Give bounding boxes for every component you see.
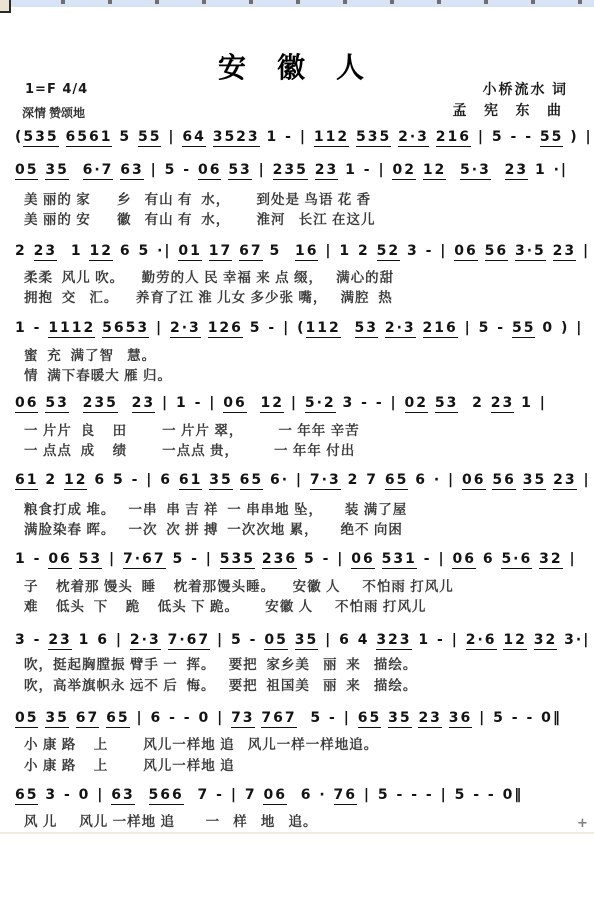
notation-line: (535 6561 5 55 | 64 3523 1 - | 112 535 2…: [15, 129, 593, 145]
lyrics-line: 难 低头 下 跪 低头 下 跪。 安徽 人 不怕雨 打风儿: [24, 595, 426, 615]
crosshair-cursor: +: [577, 816, 588, 831]
notation-line: 2 23 1 12 6 5 ·| 01 17 67 5 16 | 1 2 52 …: [15, 243, 590, 259]
lyrics-line: 情 满下春暖大 雁 归。: [24, 364, 172, 384]
lyrics-line: 风 儿 风儿 一样地 追 一 样 地 追。: [24, 810, 318, 830]
ruler-ticks: [18, 0, 594, 4]
lyrics-line: 拥抱 交 汇。 养育了江 淮 儿女 多少张 嘴， 满腔 热: [24, 286, 393, 306]
notation-line: 05 35 67 65 | 6 - - 0 | 73 767 5 - | 65 …: [15, 710, 562, 726]
lyrics-line: 子 枕着那 馒头 睡 枕着那馒头睡。 安徽 人 不怕雨 打风儿: [24, 575, 454, 595]
expression-marking: 深情 赞颂地: [22, 104, 85, 121]
lyrics-line: 一 片片 良 田 一 片片 翠， 一 年年 辛苦: [24, 419, 360, 439]
notation-line: 06 53 235 23 | 1 - | 06 12 | 5·2 3 - - |…: [15, 395, 547, 411]
lyrics-line: 蜜 充 满了智 慧。: [24, 344, 156, 364]
ruler-bar: [0, 0, 594, 7]
lyrics-line: 吹，挺起胸膛振 臂手 一 挥。 要把 家乡美 丽 来 描绘。: [24, 653, 417, 673]
lyrics-line: 一 点点 成 绩 一点点 贵， 一 年年 付出: [24, 439, 355, 459]
lyrics-line: 小 康 路 上 风儿一样地 追 风儿一样一样地追。: [24, 733, 378, 753]
composer-credit: 孟 宪 东 曲: [453, 101, 569, 122]
lyrics-line: 美 丽的 家 乡 有山 有 水， 到处是 鸟语 花 香: [24, 188, 371, 208]
lyrics-line: 美 丽的 安 徽 有山 有 水， 淮河 长江 在这儿: [24, 208, 376, 228]
lyrics-line: 柔柔 风儿 吹。 勤劳的人 民 幸福 来 点 缀， 满心的甜: [24, 266, 394, 286]
score-page: 安 徽 人 1=F 4/4 深情 赞颂地 小桥流水 词 孟 宪 东 曲 (535…: [0, 0, 594, 916]
notation-line: 3 - 23 1 6 | 2·3 7·67 | 5 - 05 35 | 6 4 …: [15, 632, 590, 648]
notation-line: 61 2 12 6 5 - | 6 61 35 65 6· | 7·3 2 7 …: [15, 472, 591, 488]
lyricist-credit: 小桥流水 词: [453, 80, 569, 101]
lyrics-line: 吹，高举旗帜永 远不 后 悔。 要把 祖国美 丽 来 描绘。: [24, 674, 417, 694]
lyrics-line: 小 康 路 上 风儿一样地 追: [24, 754, 235, 774]
notation-line: 1 - 06 53 | 7·67 5 - | 535 236 5 - | 06 …: [15, 551, 577, 567]
notation-line: 65 3 - 0 | 63 566 7 - | 7 06 6 · 76 | 5 …: [15, 787, 523, 803]
notation-line: 05 35 6·7 63 | 5 - 06 53 | 235 23 1 - | …: [15, 162, 568, 178]
notation-line: 1 - 1112 5653 | 2·3 126 5 - | (112 53 2·…: [15, 320, 583, 336]
lyrics-line: 满脸染春 晖。 一次 次 拼 搏 一次次地 累， 绝不 向困: [24, 518, 403, 538]
lyrics-line: 粮食打成 堆。 一串 串 吉 祥 一 串串地 坠， 装 满了屋: [24, 498, 407, 518]
credits: 小桥流水 词 孟 宪 东 曲: [453, 80, 569, 122]
window-corner-icon: [0, 0, 11, 13]
page-divider: [0, 832, 594, 834]
key-signature: 1=F 4/4: [25, 82, 88, 97]
